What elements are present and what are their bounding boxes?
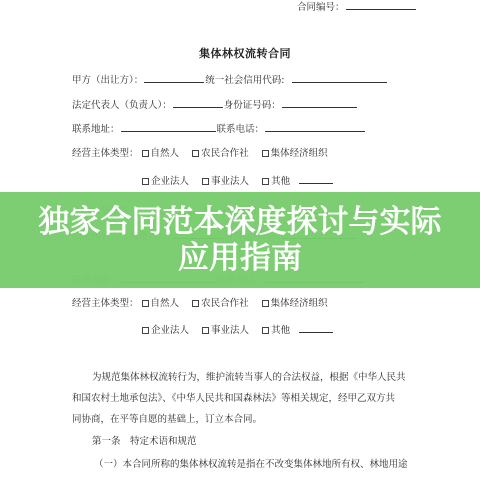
entity-option[interactable]: 企业法人: [142, 325, 189, 336]
party-a-row: 甲方（出让方）：统一社会信用代码:: [72, 73, 388, 87]
checkbox-icon[interactable]: [262, 327, 269, 334]
checkbox-icon[interactable]: [142, 178, 149, 185]
address-blank[interactable]: [121, 122, 216, 132]
legal-rep-row: 法定代表人（负责人）：身份证号码：: [72, 98, 358, 112]
entity-option[interactable]: 农民合作社: [192, 298, 249, 309]
preamble-line-3: 同协商，在平等自愿的基础上，订立本合同。: [72, 414, 418, 426]
checkbox-icon[interactable]: [142, 150, 149, 157]
credit-code-label: 统一社会信用代码:: [205, 75, 284, 86]
document-title: 集体林权流转合同: [0, 45, 480, 61]
entity-option[interactable]: 其他: [262, 176, 290, 187]
entity-option[interactable]: 事业法人: [202, 325, 249, 336]
other-blank[interactable]: [299, 323, 333, 333]
banner-title-line-2: 应用指南: [0, 238, 480, 278]
contract-number-label: 合同编号：: [297, 2, 345, 13]
article-1-heading: 第一条 特定术语和规范: [72, 436, 438, 448]
preamble-line-2: 和国农村土地承包法》、《中华人民共和国森林法》等相关规定，经甲乙双方共: [72, 393, 418, 405]
id-number-label: 身份证号码：: [224, 100, 281, 111]
entity-option[interactable]: 自然人: [142, 298, 180, 309]
contract-document-page: 合同编号： 集体林权流转合同 甲方（出让方）：统一社会信用代码: 法定代表人（负…: [0, 0, 480, 480]
checkbox-icon[interactable]: [192, 150, 199, 157]
checkbox-icon[interactable]: [262, 150, 269, 157]
entity-option[interactable]: 农民合作社: [192, 148, 249, 159]
checkbox-icon[interactable]: [202, 327, 209, 334]
phone-blank[interactable]: [265, 122, 365, 132]
party-a-blank[interactable]: [144, 73, 204, 83]
entity-type-row: 经营主体类型： 自然人 农民合作社 集体经济组织: [72, 148, 338, 160]
contract-number-row: 合同编号：: [297, 0, 417, 14]
phone-label: 联系电话：: [217, 124, 265, 135]
other-blank[interactable]: [299, 174, 333, 184]
banner-title-line-1: 独家合同范本深度探讨与实际: [0, 202, 480, 242]
checkbox-icon[interactable]: [192, 300, 199, 307]
entity-type-label: 经营主体类型：: [72, 148, 139, 159]
party-a-label: 甲方（出让方）：: [72, 75, 143, 86]
preamble-line-1: 为规范集体林权流转行为，维护流转当事人的合法权益，根据《中华人民共: [72, 372, 438, 384]
checkbox-icon[interactable]: [262, 178, 269, 185]
entity-option[interactable]: 集体经济组织: [262, 298, 328, 309]
entity-type-row-2: 企业法人 事业法人 其他: [142, 174, 334, 188]
legal-rep-blank[interactable]: [173, 98, 223, 108]
entity-option[interactable]: 企业法人: [142, 176, 189, 187]
legal-rep-label: 法定代表人（负责人）：: [72, 100, 172, 111]
address-label: 联系地址：: [72, 124, 120, 135]
id-number-blank[interactable]: [282, 98, 357, 108]
checkbox-icon[interactable]: [142, 327, 149, 334]
entity-option[interactable]: 自然人: [142, 148, 180, 159]
contact-row: 联系地址：联系电话：: [72, 122, 366, 136]
article-1-item-1: （一）本合同所称的集体林权流转是指在不改变集体林地所有权、林地用途: [72, 459, 440, 471]
entity-option[interactable]: 事业法人: [202, 176, 249, 187]
party-b-entity-type-row-2: 企业法人 事业法人 其他: [142, 323, 334, 337]
credit-code-blank[interactable]: [292, 73, 387, 83]
entity-option[interactable]: 其他: [262, 325, 290, 336]
checkbox-icon[interactable]: [142, 300, 149, 307]
entity-option[interactable]: 集体经济组织: [262, 148, 328, 159]
title-banner: 独家合同范本深度探讨与实际 应用指南: [0, 192, 480, 288]
checkbox-icon[interactable]: [262, 300, 269, 307]
contract-number-blank[interactable]: [346, 0, 416, 10]
party-b-entity-type-row: 经营主体类型： 自然人 农民合作社 集体经济组织: [72, 298, 338, 310]
checkbox-icon[interactable]: [202, 178, 209, 185]
